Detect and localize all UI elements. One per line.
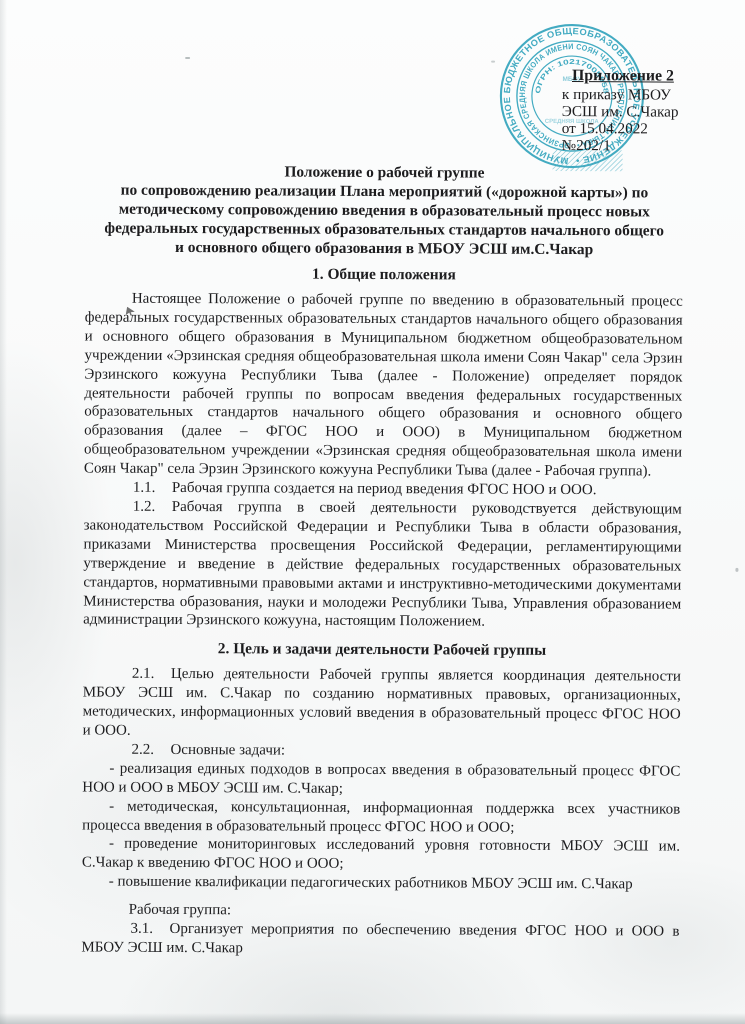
annex-line-date: от 15.04.2022 xyxy=(562,120,722,138)
document-title-line: и основного общего образования в МБОУ ЭС… xyxy=(85,237,683,259)
paper-sheet: МУНИЦИПАЛЬНОЕ БЮДЖЕТНОЕ ОБЩЕОБРАЗОВАТЕЛЬ… xyxy=(0,0,745,1024)
document-title: Положение о рабочей группе по сопровожде… xyxy=(85,161,683,259)
task-bullet: - повышение квалификации педагогических … xyxy=(82,873,680,895)
clause-number: 1.1. xyxy=(133,479,172,498)
annex-reference-block: Приложение 2 к приказу МБОУ ЭСШ им. С.Ча… xyxy=(562,67,722,155)
clause-1-2: 1.2.Рабочая группа в своей деятельности … xyxy=(83,497,682,632)
scan-edge-shadow-left xyxy=(0,0,7,1024)
clause-2-1: 2.1.Целью деятельности Рабочей группы яв… xyxy=(83,665,681,744)
document-body: Положение о рабочей группе по сопровожде… xyxy=(81,161,683,960)
clause-3-1: 3.1.Организует мероприятия по обеспечени… xyxy=(81,920,679,961)
clause-number: 3.1. xyxy=(130,920,169,939)
task-bullet: - реализация единых подходов в вопросах … xyxy=(82,759,680,800)
clause-text: Рабочая группа в своей деятельности руко… xyxy=(83,499,682,630)
annex-line-school: ЭСШ им. С.Чакар xyxy=(562,103,722,121)
annex-line-number: №202/1 xyxy=(562,137,722,155)
annex-line-order: к приказу МБОУ xyxy=(562,86,722,104)
clause-text: Основные задачи: xyxy=(170,742,285,759)
clause-number: 2.1. xyxy=(132,665,171,684)
scan-speck xyxy=(735,568,738,572)
annex-title: Приложение 2 xyxy=(572,67,722,85)
section-2-heading: 2. Цель и задачи деятельности Рабочей гр… xyxy=(83,639,681,662)
clause-text: Рабочая группа создается на период введе… xyxy=(172,480,597,498)
scan-edge-shadow-bottom xyxy=(0,1013,745,1024)
section-1-heading: 1. Общие положения xyxy=(85,263,683,286)
clause-text: Целью деятельности Рабочей группы являет… xyxy=(83,666,681,739)
task-bullet: - методическая, консультационная, информ… xyxy=(82,797,680,838)
clause-number: 2.2. xyxy=(131,741,170,760)
task-bullet: - проведение мониторинговых исследований… xyxy=(82,835,680,876)
clause-text: Организует мероприятия по обеспечению вв… xyxy=(81,921,679,956)
scan-speck xyxy=(185,57,190,59)
clause-number: 1.2. xyxy=(133,498,172,517)
scanned-document-page: МУНИЦИПАЛЬНОЕ БЮДЖЕТНОЕ ОБЩЕОБРАЗОВАТЕЛЬ… xyxy=(0,0,745,1024)
section-1-intro-paragraph: Настоящее Положение о рабочей группе по … xyxy=(84,289,683,481)
